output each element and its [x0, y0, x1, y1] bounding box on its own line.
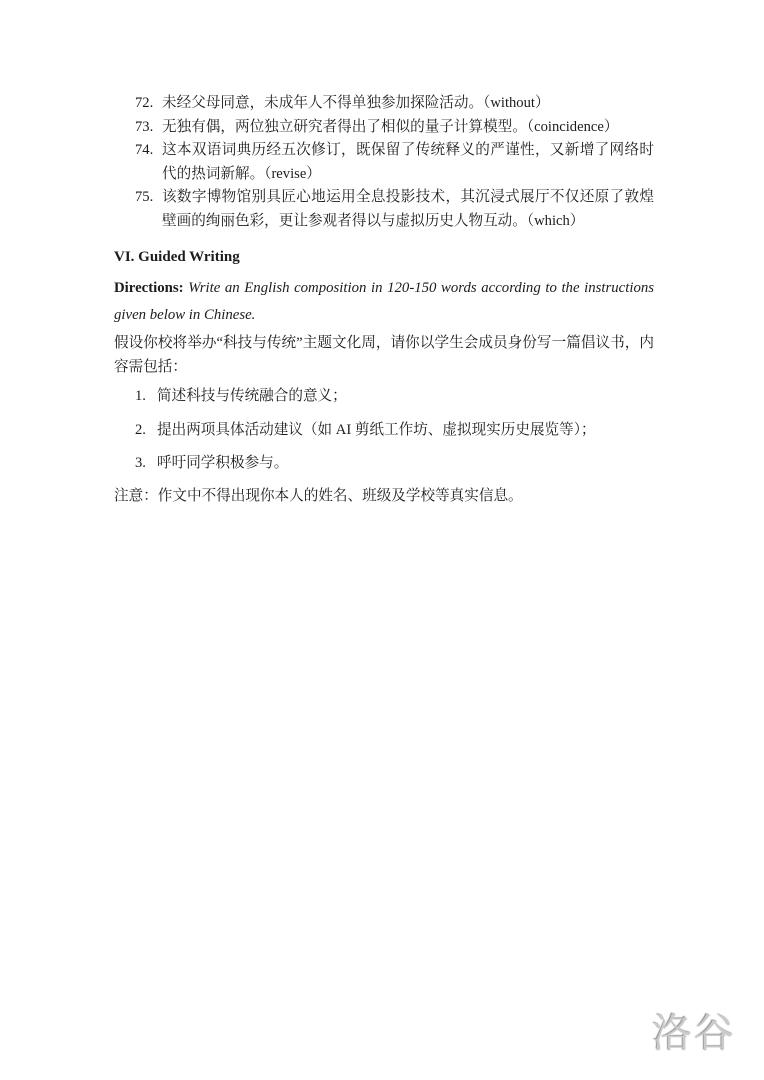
- directions-text: Write an English composition in 120-150 …: [114, 280, 654, 323]
- directions-paragraph: Directions: Write an English composition…: [114, 275, 654, 329]
- item-number: 73.: [135, 116, 153, 140]
- item-number: 72.: [135, 92, 153, 116]
- translation-exercise-list: 72. 未经父母同意，未成年人不得单独参加探险活动。（without） 73. …: [114, 92, 654, 233]
- item-number: 75.: [135, 186, 153, 210]
- item-text: 这本双语词典历经五次修订，既保留了传统释义的严谨性，又新增了网络时代的热词新解。…: [162, 142, 654, 182]
- writing-point-3: 3. 呼吁同学积极参与。: [114, 452, 654, 476]
- point-number: 2.: [135, 419, 146, 443]
- writing-point-2: 2. 提出两项具体活动建议（如 AI 剪纸工作坊、虚拟现实历史展览等）；: [114, 419, 654, 443]
- item-number: 74.: [135, 139, 153, 163]
- writing-points-list: 1. 简述科技与传统融合的意义； 2. 提出两项具体活动建议（如 AI 剪纸工作…: [114, 385, 654, 476]
- directions-label: Directions:: [114, 280, 184, 296]
- item-text: 未经父母同意，未成年人不得单独参加探险活动。（without）: [162, 95, 550, 111]
- point-text: 简述科技与传统融合的意义；: [157, 388, 347, 404]
- writing-task-intro: 假设你校将举办“科技与传统”主题文化周，请你以学生会成员身份写一篇倡议书，内容需…: [114, 332, 654, 379]
- translation-item-72: 72. 未经父母同意，未成年人不得单独参加探险活动。（without）: [114, 92, 654, 116]
- item-text: 该数字博物馆别具匠心地运用全息投影技术，其沉浸式展厅不仅还原了敦煌壁画的绚丽色彩…: [162, 189, 654, 229]
- exam-note: 注意：作文中不得出现你本人的姓名、班级及学校等真实信息。: [114, 485, 654, 509]
- page-content: 72. 未经父母同意，未成年人不得单独参加探险活动。（without） 73. …: [114, 92, 654, 508]
- point-text: 提出两项具体活动建议（如 AI 剪纸工作坊、虚拟现实历史展览等）；: [157, 422, 596, 438]
- translation-item-74: 74. 这本双语词典历经五次修订，既保留了传统释义的严谨性，又新增了网络时代的热…: [114, 139, 654, 186]
- section-heading-guided-writing: VI. Guided Writing: [114, 247, 654, 267]
- item-text: 无独有偶，两位独立研究者得出了相似的量子计算模型。（coincidence）: [162, 119, 618, 135]
- writing-point-1: 1. 简述科技与传统融合的意义；: [114, 385, 654, 409]
- luogu-watermark: 洛谷: [652, 1002, 736, 1059]
- translation-item-75: 75. 该数字博物馆别具匠心地运用全息投影技术，其沉浸式展厅不仅还原了敦煌壁画的…: [114, 186, 654, 233]
- translation-item-73: 73. 无独有偶，两位独立研究者得出了相似的量子计算模型。（coincidenc…: [114, 116, 654, 140]
- point-number: 1.: [135, 385, 146, 409]
- point-text: 呼吁同学积极参与。: [157, 455, 288, 471]
- document-page: 72. 未经父母同意，未成年人不得单独参加探险活动。（without） 73. …: [0, 0, 764, 1080]
- point-number: 3.: [135, 452, 146, 476]
